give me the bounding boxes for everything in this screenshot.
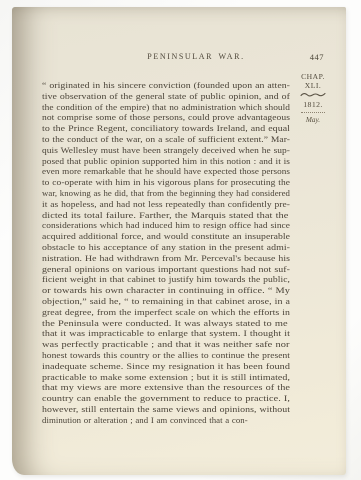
page-content: PENINSULAR WAR. 447 “ originated in his …	[42, 52, 334, 68]
book-page: PENINSULAR WAR. 447 “ originated in his …	[12, 7, 346, 475]
page-header: PENINSULAR WAR. 447	[42, 52, 334, 68]
body-text: “ originated in his sincere conviction (…	[42, 75, 290, 421]
month-label: May.	[292, 116, 334, 124]
chapter-numeral: XLI.	[292, 82, 334, 91]
running-title: PENINSULAR WAR.	[50, 52, 342, 61]
scan-backdrop: PENINSULAR WAR. 447 “ originated in his …	[0, 0, 361, 480]
body-text-line: “ originated in his sincere conviction (…	[42, 75, 290, 86]
flourish-icon	[292, 91, 334, 98]
dotted-rule	[301, 112, 325, 113]
page-number: 447	[310, 52, 324, 62]
year-label: 1812.	[292, 101, 334, 110]
margin-notes: CHAP. XLI. 1812. May.	[292, 73, 334, 124]
